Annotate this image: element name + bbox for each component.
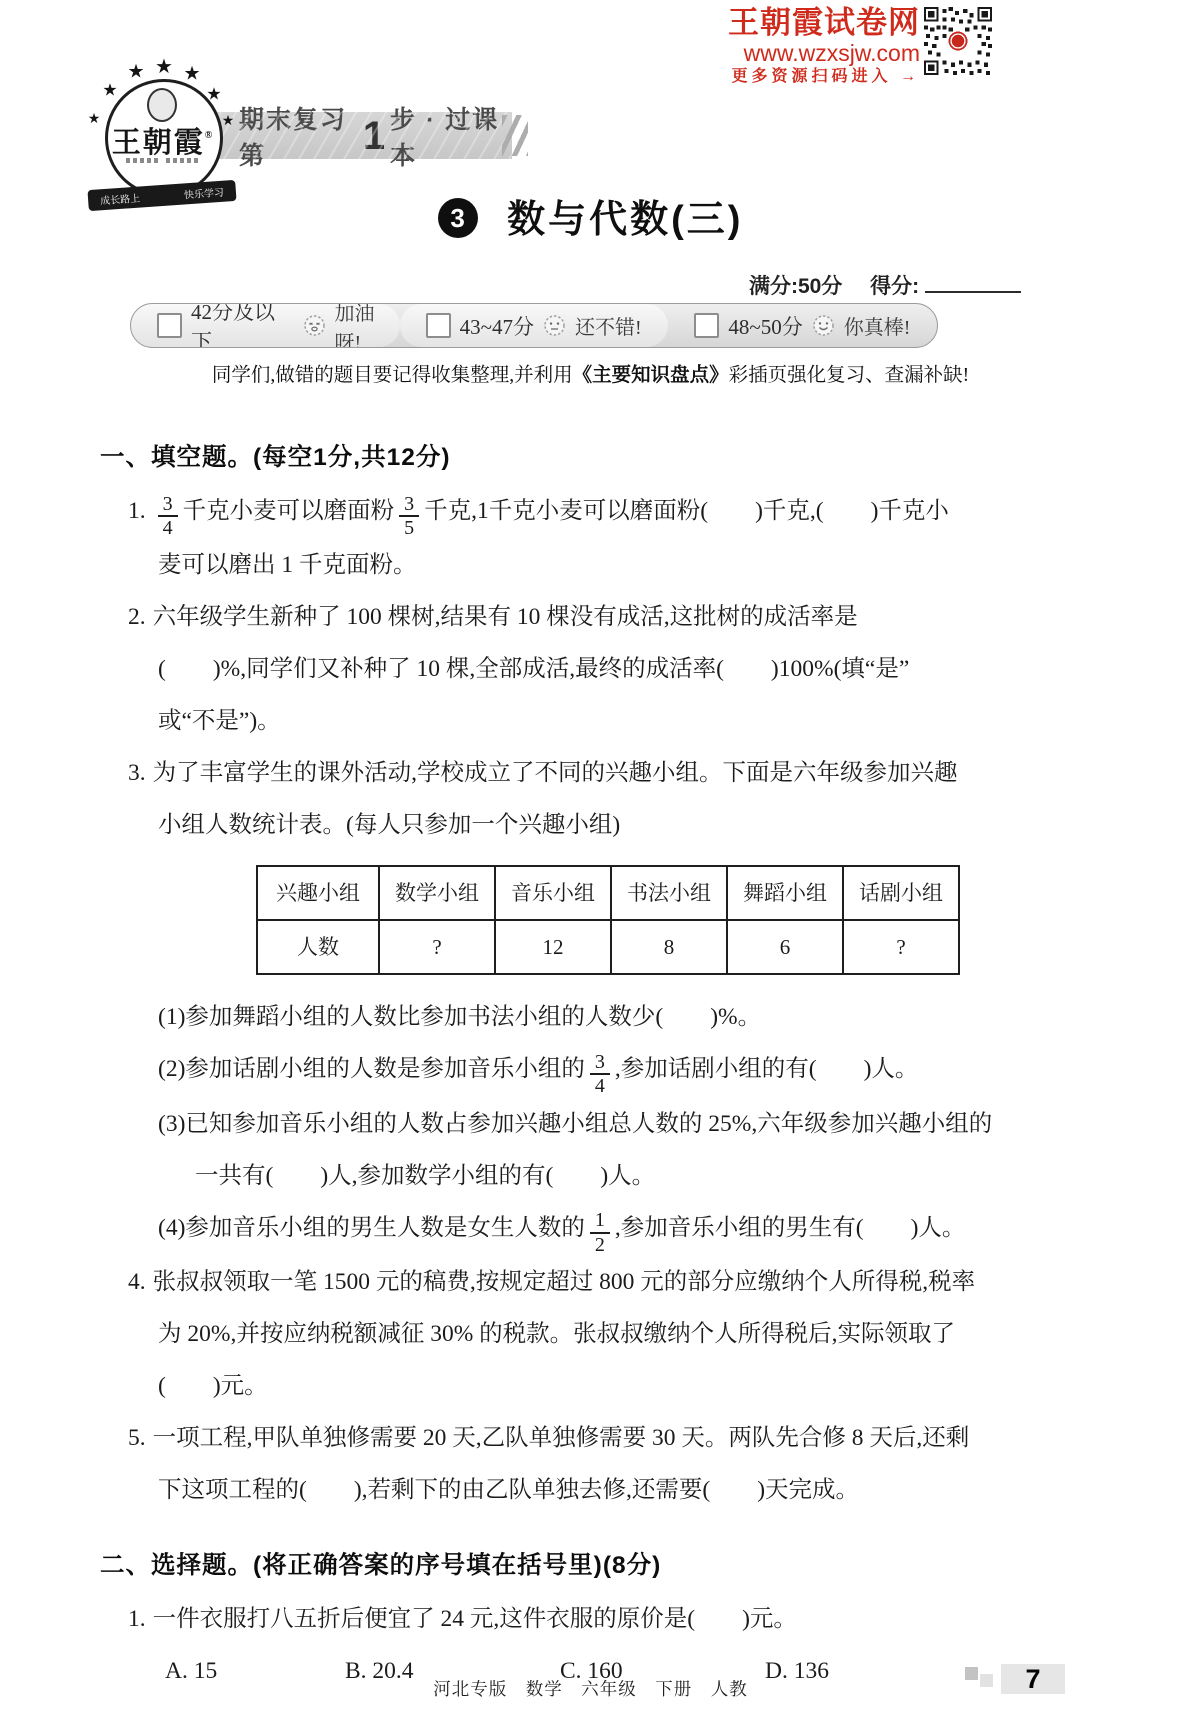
publisher-logo: ★ ★ ★ ★ ★ ★ ★ 王朝霞® 成长路上 快乐学习 (86, 62, 238, 214)
full-score-label: 满分:50分 (749, 275, 842, 298)
fraction: 34 (158, 493, 178, 540)
table-cell: 8 (611, 920, 727, 974)
ribbon-left-text: 成长路上 (100, 190, 141, 208)
logo-name: 王朝霞® (86, 120, 238, 161)
question-number: 1. (128, 1593, 146, 1645)
question-text: ,参加话剧小组的有( )人。 (615, 1056, 919, 1082)
page-number: 7 (1025, 1664, 1040, 1695)
table-header-cell: 音乐小组 (495, 866, 611, 920)
band-range: 43~47分 (460, 311, 534, 341)
score-band-high: 48~50分 你真棒! (668, 304, 937, 347)
question-number: 5. (128, 1412, 146, 1464)
question-text: 千克,1千克小麦可以磨面粉( )千克,( )千克小 (424, 498, 949, 524)
logo-ribbon: 成长路上 快乐学习 (87, 180, 236, 211)
question-text: 千克小麦可以磨面粉 (183, 498, 395, 524)
deco-square-dark (965, 1667, 978, 1680)
table-data-row: 人数 ? 12 8 6 ? (257, 920, 959, 974)
notice-post: 彩插页强化复习、查漏补缺! (729, 365, 970, 386)
question-5: 5.一项工程,甲队单独修需要 20 天,乙队单独修需要 30 天。两队先合修 8… (100, 1412, 1090, 1516)
section2-heading: 二、选择题。(将正确答案的序号填在括号里)(8分) (100, 1546, 1090, 1581)
question-text: 六年级学生新种了 100 棵树,结果有 10 棵没有成活,这批树的成活率是 (153, 604, 858, 630)
question-line: 5.一项工程,甲队单独修需要 20 天,乙队单独修需要 30 天。两队先合修 8… (100, 1412, 1090, 1464)
question-3: 3.为了丰富学生的课外活动,学校成立了不同的兴趣小组。下面是六年级参加兴趣 小组… (100, 747, 1090, 1256)
question-text: ,参加音乐小组的男生有( )人。 (615, 1215, 966, 1241)
question-line: 或“不是”)。 (100, 695, 1090, 747)
fraction: 34 (590, 1051, 610, 1098)
question-text: 为了丰富学生的课外活动,学校成立了不同的兴趣小组。下面是六年级参加兴趣 (153, 760, 958, 786)
table-header-cell: 话剧小组 (843, 866, 959, 920)
table-header-cell: 数学小组 (379, 866, 495, 920)
table-cell: ? (843, 920, 959, 974)
table-cell: 6 (727, 920, 843, 974)
band-praise: 你真棒! (844, 311, 911, 340)
checkbox-high[interactable] (694, 313, 719, 338)
registered-mark: ® (205, 130, 212, 141)
subquestion-3-cont: 一共有( )人,参加数学小组的有( )人。 (100, 1150, 1090, 1202)
checkbox-mid[interactable] (426, 313, 451, 338)
question-text: (4)参加音乐小组的男生人数是女生人数的 (158, 1215, 585, 1241)
band-range: 48~50分 (728, 311, 802, 341)
subquestion-3: (3)已知参加音乐小组的人数占参加兴趣小组总人数的 25%,六年级参加兴趣小组的 (100, 1098, 1090, 1150)
question-line: ( )%,同学们又补种了 10 棵,全部成活,最终的成活率( )100%(填“是… (100, 643, 1090, 695)
got-score-label: 得分: (870, 275, 919, 298)
table-cell: 12 (495, 920, 611, 974)
question-line: 小组人数统计表。(每人只参加一个兴趣小组) (100, 799, 1090, 851)
face-cheer-icon (303, 314, 326, 337)
question-line: 为 20%,并按应纳税额减征 30% 的税款。张叔叔缴纳个人所得税后,实际领取了 (100, 1308, 1090, 1360)
question-text: 张叔叔领取一笔 1500 元的稿费,按规定超过 800 元的部分应缴纳个人所得税… (153, 1269, 976, 1295)
question-line: 2.六年级学生新种了 100 棵树,结果有 10 棵没有成活,这批树的成活率是 (100, 591, 1090, 643)
question-line: ( )元。 (100, 1360, 1090, 1412)
content-area: 一、填空题。(每空1分,共12分) 1.34千克小麦可以磨面粉35千克,1千克小… (100, 392, 1090, 1697)
worksheet-page: 王朝霞试卷网 www.wzxsjw.com 更多资源扫码进入 → (0, 0, 1181, 1730)
question-line: 4.张叔叔领取一笔 1500 元的稿费,按规定超过 800 元的部分应缴纳个人所… (100, 1256, 1090, 1308)
table-cell: ? (379, 920, 495, 974)
star-icon: ★ (155, 57, 173, 77)
site-name: 王朝霞试卷网 (728, 6, 920, 41)
deco-square-light (980, 1674, 993, 1687)
question-line: 下这项工程的( ),若剩下的由乙队单独去修,还需要( )天完成。 (100, 1464, 1090, 1516)
question-line: 麦可以磨出 1 千克面粉。 (100, 539, 1090, 591)
star-icon: ★ (183, 65, 200, 84)
question-1: 1.34千克小麦可以磨面粉35千克,1千克小麦可以磨面粉( )千克,( )千克小… (100, 485, 1090, 591)
review-step-banner: 期末复习第 1 步 · 过课本 (205, 112, 512, 159)
score-band-low: 42分及以下 加油呀! (131, 304, 400, 347)
star-icon: ★ (127, 63, 144, 82)
notice-book-title: 《主要知识盘点》 (573, 364, 729, 386)
notice-pre: 同学们,做错的题目要记得收集整理,并利用 (212, 365, 573, 386)
fraction: 35 (399, 493, 419, 540)
logo-small-text (86, 158, 238, 163)
table-header-cell: 兴趣小组 (257, 866, 379, 920)
interest-groups-table: 兴趣小组 数学小组 音乐小组 书法小组 舞蹈小组 话剧小组 人数 ? 12 8 … (256, 865, 960, 975)
ribbon-right-text: 快乐学习 (183, 184, 224, 202)
subquestion-1: (1)参加舞蹈小组的人数比参加书法小组的人数少( )%。 (100, 991, 1090, 1043)
score-line: 满分:50分 得分: (749, 270, 1021, 300)
question-text: 一件衣服打八五折后便宜了 24 元,这件衣服的原价是( )元。 (153, 1606, 797, 1632)
qr-code-icon (924, 7, 992, 75)
question-line: 1.34千克小麦可以磨面粉35千克,1千克小麦可以磨面粉( )千克,( )千克小 (100, 485, 1090, 539)
page-number-bar: 7 (1001, 1664, 1065, 1694)
table-header-cell: 舞蹈小组 (727, 866, 843, 920)
lesson-number-badge: 3 (438, 198, 478, 238)
lesson-title-text: 数与代数(三) (507, 199, 743, 241)
fraction: 12 (590, 1209, 610, 1256)
notice-text: 同学们,做错的题目要记得收集整理,并利用《主要知识盘点》彩插页强化复习、查漏补缺… (0, 359, 1181, 387)
table-header-cell: 书法小组 (611, 866, 727, 920)
face-ok-icon (543, 314, 566, 337)
band-praise: 还不错! (575, 311, 642, 340)
table-row-label: 人数 (257, 920, 379, 974)
table-header-row: 兴趣小组 数学小组 音乐小组 书法小组 舞蹈小组 话剧小组 (257, 866, 959, 920)
brand-block: 王朝霞试卷网 www.wzxsjw.com 更多资源扫码进入 → (728, 6, 920, 86)
site-url: www.wzxsjw.com (728, 41, 920, 67)
question-number: 3. (128, 747, 146, 799)
question-number: 1. (128, 485, 146, 537)
question-4: 4.张叔叔领取一笔 1500 元的稿费,按规定超过 800 元的部分应缴纳个人所… (100, 1256, 1090, 1412)
checkbox-low[interactable] (157, 313, 182, 338)
question-number: 4. (128, 1256, 146, 1308)
score-blank-field[interactable] (925, 276, 1021, 293)
question-text: (2)参加话剧小组的人数是参加音乐小组的 (158, 1056, 585, 1082)
band-praise: 加油呀! (335, 303, 400, 348)
section1-heading: 一、填空题。(每空1分,共12分) (100, 438, 1090, 473)
score-bands-pill: 42分及以下 加油呀! 43~47分 还不错! 48~50分 (130, 303, 938, 348)
question-number: 2. (128, 591, 146, 643)
star-icon: ★ (102, 82, 117, 99)
portrait-icon (147, 88, 177, 122)
banner-pre-text: 期末复习第 (239, 100, 360, 172)
subquestion-4: (4)参加音乐小组的男生人数是女生人数的12,参加音乐小组的男生有( )人。 (100, 1202, 1090, 1256)
page-number-block: 7 (965, 1664, 1065, 1694)
site-more-text: 更多资源扫码进入 → (728, 68, 920, 86)
face-great-icon (812, 314, 835, 337)
band-range: 42分及以下 (191, 303, 294, 348)
subquestion-2: (2)参加话剧小组的人数是参加音乐小组的34,参加话剧小组的有( )人。 (100, 1043, 1090, 1097)
question-2: 2.六年级学生新种了 100 棵树,结果有 10 棵没有成活,这批树的成活率是 … (100, 591, 1090, 747)
question-line: 3.为了丰富学生的课外活动,学校成立了不同的兴趣小组。下面是六年级参加兴趣 (100, 747, 1090, 799)
question-text: 一项工程,甲队单独修需要 20 天,乙队单独修需要 30 天。两队先合修 8 天… (153, 1425, 970, 1451)
banner-step-number: 1 (363, 116, 387, 156)
score-band-mid: 43~47分 还不错! (400, 304, 669, 347)
question-line: 1.一件衣服打八五折后便宜了 24 元,这件衣服的原价是( )元。 (100, 1593, 1090, 1645)
banner-post-text: 步 · 过课本 (390, 100, 512, 172)
